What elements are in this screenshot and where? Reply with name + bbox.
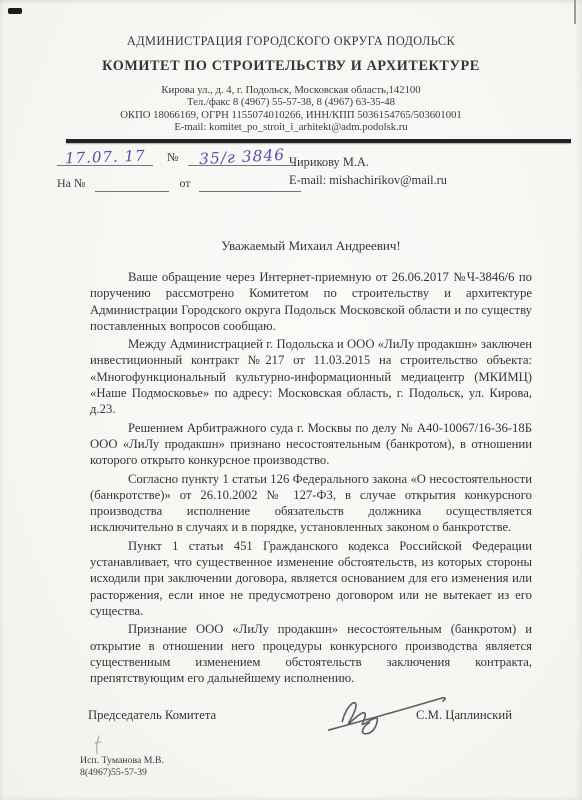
number-label: № — [167, 150, 178, 166]
paragraph: Ваше обращение через Интернет-приемную о… — [90, 269, 532, 334]
signoff-name: С.М. Цаплинский — [416, 708, 512, 723]
letterhead-codes: ОКПО 18066169, ОГРН 1155074010266, ИНН/К… — [40, 109, 542, 121]
paragraph: Между Администрацией г. Подольска и ООО … — [90, 336, 532, 417]
reference-line-reply: На № от — [57, 176, 301, 192]
date-field: 17.07. 17 — [57, 147, 153, 166]
letterhead-email: E-mail: komitet_po_stroit_i_arhitekt@adm… — [40, 121, 542, 133]
recipient-block: Чирикову М.А. E-mail: mishachirikov@mail… — [289, 154, 447, 189]
handwritten-number: 35/г 3846 — [199, 146, 286, 168]
reply-from-label: от — [179, 176, 190, 192]
scan-artifact-top-left — [8, 8, 22, 14]
pen-mark — [93, 734, 103, 756]
scanned-letter-page: АДМИНИСТРАЦИЯ ГОРОДСКОГО ОКРУГА ПОДОЛЬСК… — [0, 0, 582, 800]
executor-phone: 8(4967)55-57-39 — [80, 767, 164, 779]
scan-artifact-top-right — [574, 0, 576, 24]
paragraph: Пункт 1 статьи 451 Гражданского кодекса … — [90, 538, 532, 619]
letter-body: Ваше обращение через Интернет-приемную о… — [90, 269, 532, 688]
letterhead-contacts: Кирова ул., д. 4, г. Подольск, Московска… — [40, 84, 542, 134]
paragraph: Признание ООО «ЛиЛу продакшн» несостояте… — [90, 621, 532, 686]
letterhead: АДМИНИСТРАЦИЯ ГОРОДСКОГО ОКРУГА ПОДОЛЬСК… — [40, 34, 542, 134]
number-field: 35/г 3846 — [188, 147, 296, 166]
paragraph: Согласно пункту 1 статьи 126 Федеральног… — [90, 471, 532, 536]
recipient-name: Чирикову М.А. — [289, 154, 447, 172]
reply-number-blank-field — [95, 176, 169, 192]
recipient-email: E-mail: mishachirikov@mail.ru — [289, 172, 447, 190]
executor-name: Исп. Туманова М.В. — [80, 755, 164, 767]
salutation: Уважаемый Михаил Андреевич! — [90, 238, 532, 254]
reply-date-blank-field — [199, 176, 301, 192]
handwritten-date: 17.07. 17 — [64, 147, 145, 168]
committee-name: КОМИТЕТ ПО СТРОИТЕЛЬСТВУ И АРХИТЕКТУРЕ — [40, 58, 542, 75]
executor-block: Исп. Туманова М.В. 8(4967)55-57-39 — [80, 755, 164, 779]
letterhead-phone: Тел./факс 8 (4967) 55-57-38, 8 (4967) 63… — [40, 96, 542, 108]
reply-to-label: На № — [57, 176, 85, 192]
letterhead-address: Кирова ул., д. 4, г. Подольск, Московска… — [40, 84, 542, 96]
paragraph: Решением Арбитражного суда г. Москвы по … — [90, 420, 532, 469]
reference-line-date-number: 17.07. 17 № 35/г 3846 — [57, 147, 296, 166]
organization-name: АДМИНИСТРАЦИЯ ГОРОДСКОГО ОКРУГА ПОДОЛЬСК — [40, 34, 542, 49]
letterhead-divider-rule — [66, 139, 571, 143]
signoff-position-title: Председатель Комитета — [88, 708, 216, 723]
